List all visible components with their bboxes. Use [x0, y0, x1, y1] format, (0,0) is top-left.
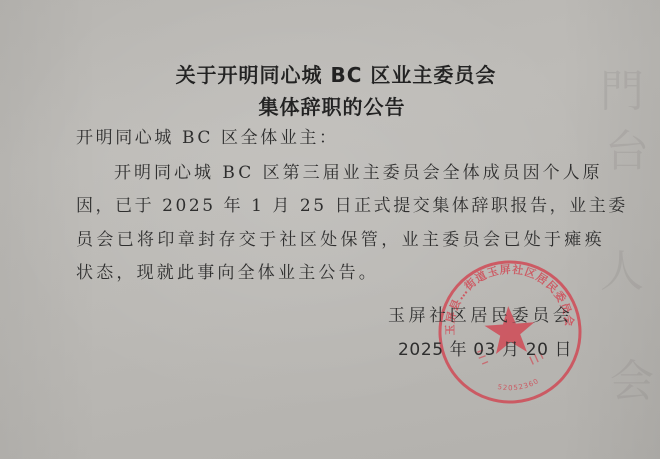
body-line-1: 开明同心城 BC 区第三届业主委员会全体成员因个人原 — [114, 158, 603, 183]
notice-title-line-2: 集体辞职的公告 — [2, 91, 660, 120]
bleed-through-text: 台 — [605, 130, 649, 174]
bleed-through-text: 会 — [610, 360, 654, 404]
issue-date: 2025 年 03 月 20 日 — [398, 335, 572, 360]
body-line-4: 状态，现就此事向全体业主公告。 — [76, 258, 379, 283]
body-line-3: 员会已将印章封存交于社区处保管，业主委员会已处于瘫痪 — [76, 225, 605, 250]
official-seal: 玉屏县…街道玉屏社区居民委员会 52052360 — [431, 253, 589, 411]
seal-code-text: 52052360 — [496, 377, 541, 394]
body-line-2: 因，已于 2025 年 1 月 25 日正式提交集体辞职报告，业主委 — [76, 191, 628, 216]
salutation: 开明同心城 BC 区全体业主： — [76, 123, 339, 148]
svg-text:52052360: 52052360 — [496, 377, 541, 394]
issuer-signature: 玉屏社区居民委员会 — [388, 301, 573, 326]
notice-title-line-1: 关于开明同心城 BC 区业主委员会 — [6, 59, 660, 88]
bleed-through-text: 人 — [600, 250, 644, 294]
